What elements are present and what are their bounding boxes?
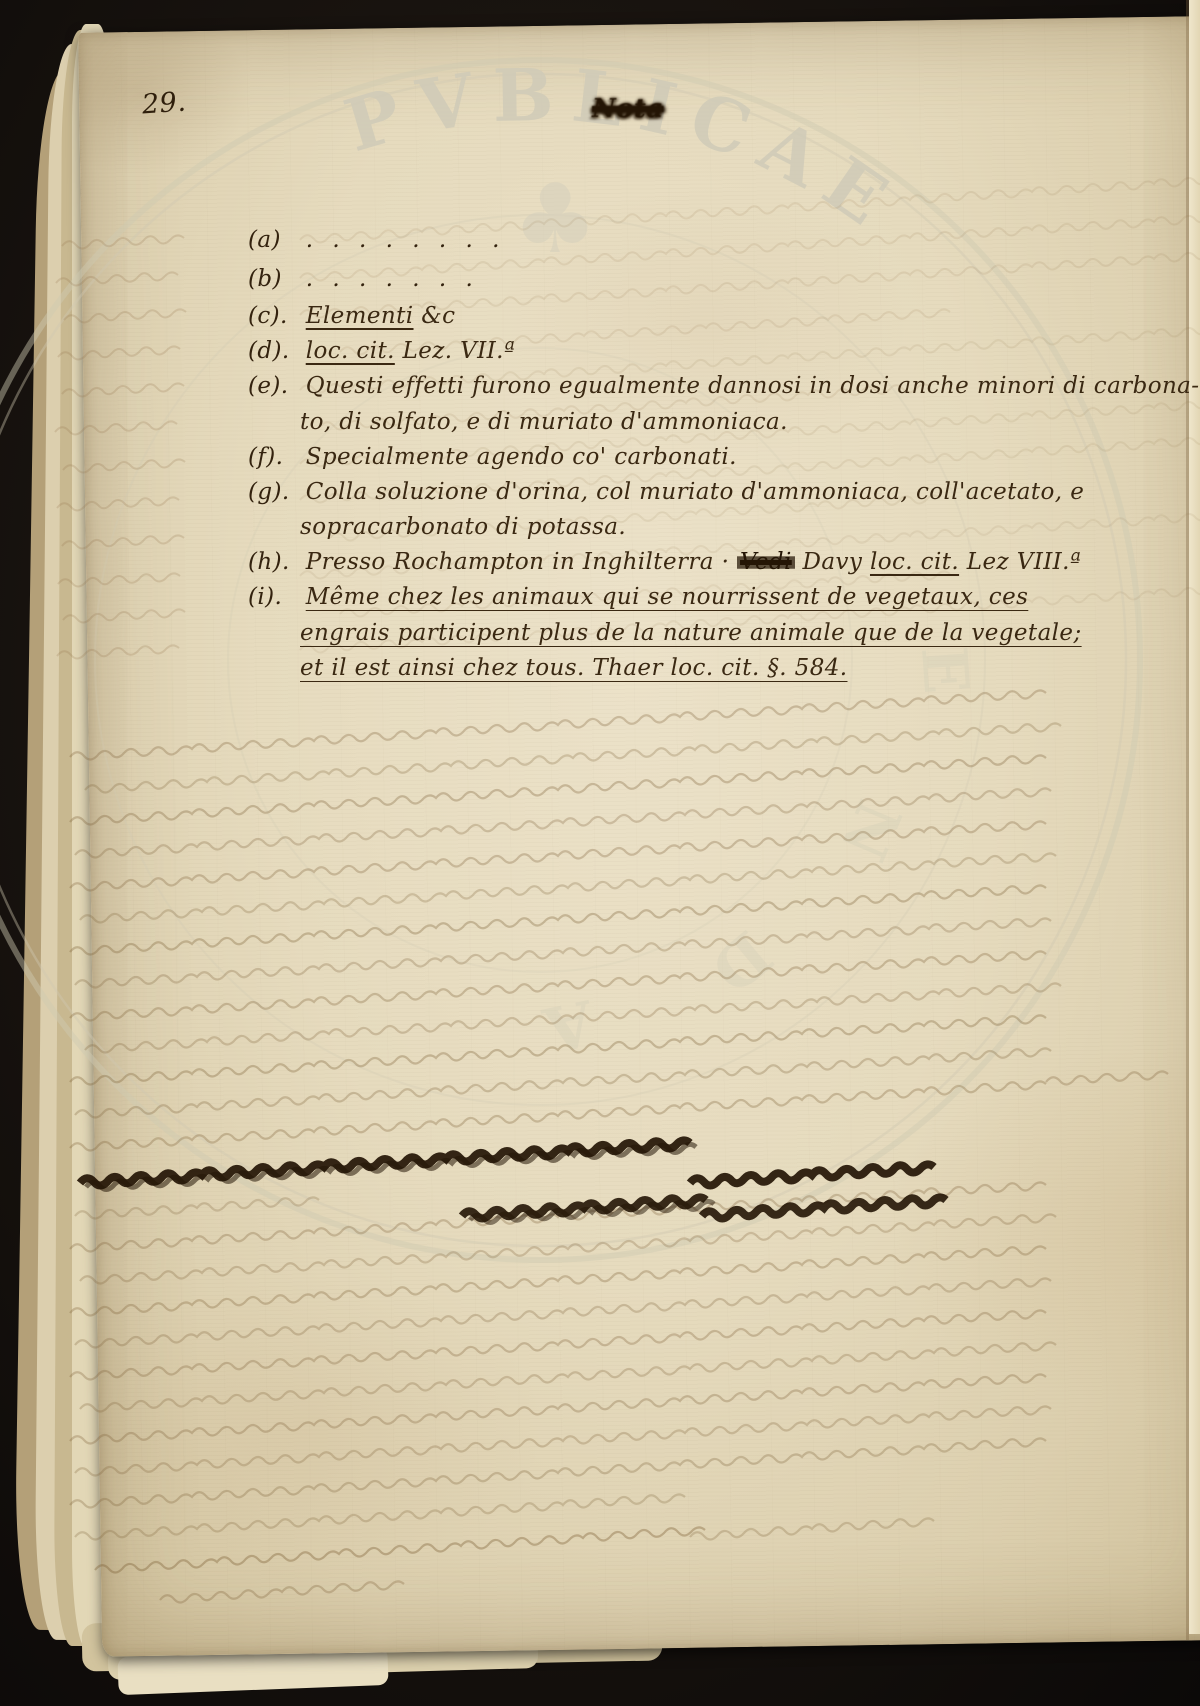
footnote-text-line: Elementi &c: [306, 303, 456, 329]
page-number: 29.: [141, 86, 187, 120]
footnote-label: (e).: [248, 373, 298, 399]
footnote-text-line: sopracarbonato di potassa.: [300, 514, 626, 540]
footnote-label: (b): [248, 266, 298, 292]
footnote-text-line: loc. cit. Lez. VII.ª: [306, 338, 515, 364]
footnote-item: (h). Presso Rochampton in Inghilterra · …: [248, 549, 1081, 575]
footnote-item: (a) . . . . . . . .: [248, 227, 505, 253]
struck-word: Vedi: [737, 549, 795, 575]
footnote-text-line: . . . . . . .: [306, 266, 479, 292]
footnote-label: (h).: [248, 549, 298, 575]
footnote-label: (i).: [248, 584, 298, 610]
footnote-item: (i). Même chez les animaux qui se nourri…: [248, 584, 1028, 610]
adjacent-page-edge: [1189, 0, 1200, 1634]
footnote-text-line: Questi effetti furono egualmente dannosi…: [306, 373, 1200, 399]
footnote-text-line: Specialmente agendo co' carbonati.: [306, 444, 737, 470]
footnote-label: (c).: [248, 303, 298, 329]
manuscript-page: [78, 16, 1200, 1657]
footnote-label: (a): [248, 227, 298, 253]
footnote-item: (c). Elementi &c: [248, 303, 455, 329]
footnote-text-line: Colla soluzione d'orina, col muriato d'a…: [306, 479, 1085, 505]
footnote-item: (f). Specialmente agendo co' carbonati.: [248, 444, 737, 470]
footnote-label: (f).: [248, 444, 298, 470]
footnote-item: (e). Questi effetti furono egualmente da…: [248, 373, 1199, 399]
footnote-label: (g).: [248, 479, 298, 505]
footnote-text-line: Même chez les animaux qui se nourrissent…: [306, 584, 1029, 610]
footnote-text-line: . . . . . . . .: [306, 227, 506, 253]
footnote-text-line: to, di solfato, e di muriato d'ammoniaca…: [300, 409, 788, 435]
footnote-text-line: engrais participent plus de la nature an…: [300, 620, 1082, 646]
footnote-item: (b) . . . . . . .: [248, 266, 479, 292]
footnote-text-line: et il est ainsi chez tous. Thaer loc. ci…: [300, 655, 848, 681]
footnote-label: (d).: [248, 338, 298, 364]
manuscript-scan: PVBLICAE ♣ E N D A: [0, 0, 1200, 1706]
footnote-text-line: Presso Rochampton in Inghilterra · Vedi …: [306, 549, 1082, 575]
footnote-item: (g). Colla soluzione d'orina, col muriat…: [248, 479, 1084, 505]
footnote-item: (d). loc. cit. Lez. VII.ª: [248, 338, 515, 364]
struck-title: Nota: [592, 94, 664, 124]
